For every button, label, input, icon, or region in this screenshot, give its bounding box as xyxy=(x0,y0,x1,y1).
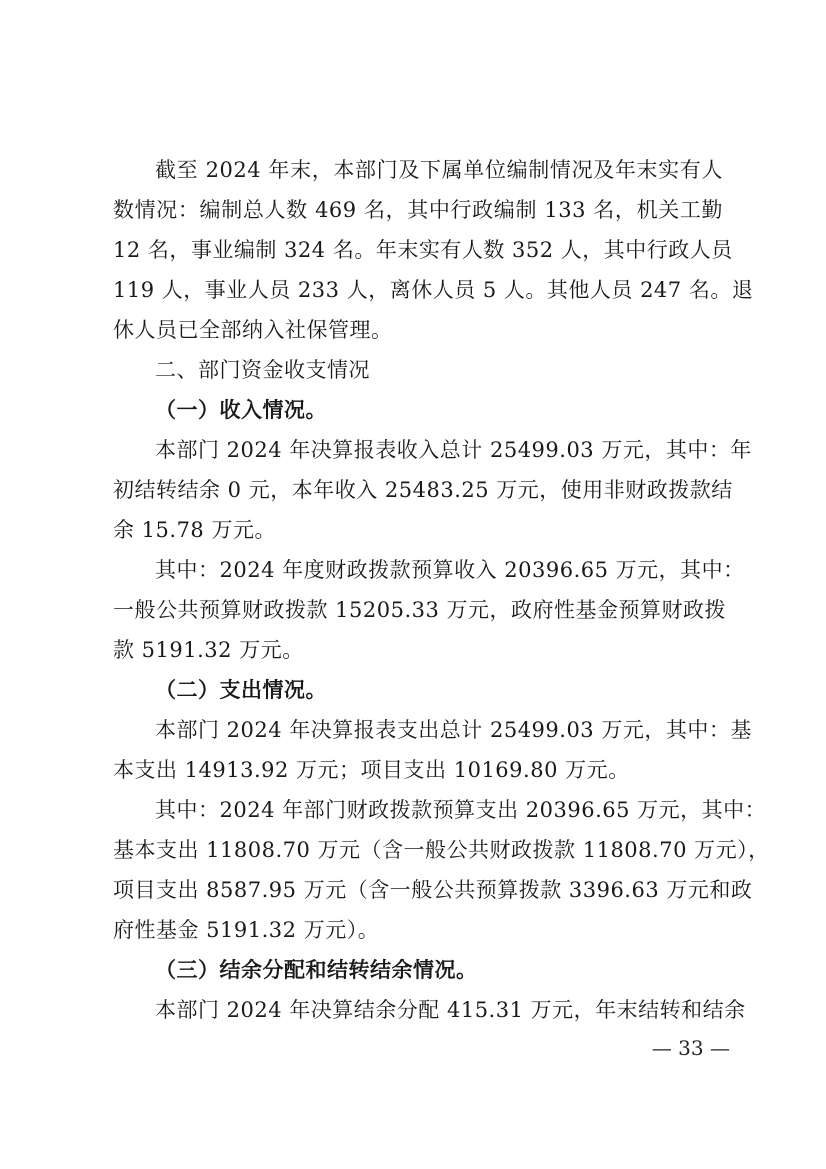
paragraph-appropriation-expenditure-line-4: 府性基金 5191.32 万元）。 xyxy=(113,910,723,950)
paragraph-income-line-1: 本部门 2024 年决算报表收入总计 25499.03 万元，其中：年 xyxy=(113,430,723,470)
section-heading-funds: 二、部门资金收支情况 xyxy=(113,350,723,390)
page-number: — 33 — xyxy=(640,1034,730,1062)
paragraph-appropriation-income-line-1: 其中：2024 年度财政拨款预算收入 20396.65 万元，其中： xyxy=(113,550,723,590)
paragraph-appropriation-expenditure-line-3: 项目支出 8587.95 万元（含一般公共预算拨款 3396.63 万元和政 xyxy=(113,870,723,910)
paragraph-expenditure-line-2: 本支出 14913.92 万元；项目支出 10169.80 万元。 xyxy=(113,750,723,790)
subsection-heading-income: （一）收入情况。 xyxy=(113,390,723,430)
paragraph-staffing-line-3: 12 名，事业编制 324 名。年末实有人数 352 人，其中行政人员 xyxy=(113,230,723,270)
paragraph-income-line-3: 余 15.78 万元。 xyxy=(113,510,723,550)
paragraph-appropriation-income-line-3: 款 5191.32 万元。 xyxy=(113,630,723,670)
paragraph-staffing-line-1: 截至 2024 年末，本部门及下属单位编制情况及年末实有人 xyxy=(113,150,723,190)
paragraph-staffing-line-2: 数情况：编制总人数 469 名，其中行政编制 133 名，机关工勤 xyxy=(113,190,723,230)
paragraph-appropriation-expenditure-line-2: 基本支出 11808.70 万元（含一般公共财政拨款 11808.70 万元）， xyxy=(113,830,723,870)
paragraph-balance-line-1: 本部门 2024 年决算结余分配 415.31 万元，年末结转和结余 xyxy=(113,990,723,1030)
paragraph-income-line-2: 初结转结余 0 元，本年收入 25483.25 万元，使用非财政拨款结 xyxy=(113,470,723,510)
paragraph-appropriation-expenditure-line-1: 其中：2024 年部门财政拨款预算支出 20396.65 万元，其中： xyxy=(113,790,723,830)
paragraph-expenditure-line-1: 本部门 2024 年决算报表支出总计 25499.03 万元，其中：基 xyxy=(113,710,723,750)
paragraph-staffing-line-5: 休人员已全部纳入社保管理。 xyxy=(113,310,723,350)
paragraph-appropriation-income-line-2: 一般公共预算财政拨款 15205.33 万元，政府性基金预算财政拨 xyxy=(113,590,723,630)
paragraph-staffing-line-4: 119 人，事业人员 233 人，离休人员 5 人。其他人员 247 名。退 xyxy=(113,270,723,310)
subsection-heading-balance: （三）结余分配和结转结余情况。 xyxy=(113,950,723,990)
subsection-heading-expenditure: （二）支出情况。 xyxy=(113,670,723,710)
document-page: 截至 2024 年末，本部门及下属单位编制情况及年末实有人 数情况：编制总人数 … xyxy=(113,150,723,1030)
